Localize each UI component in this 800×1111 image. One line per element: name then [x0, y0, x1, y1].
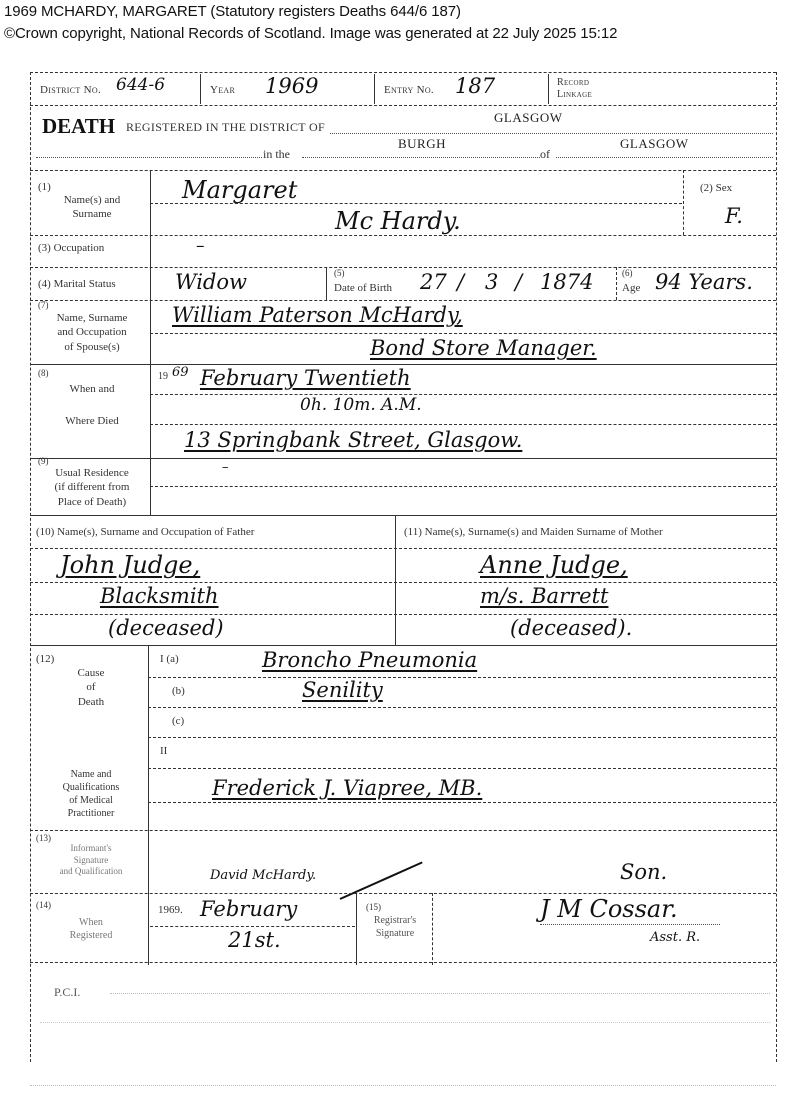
date-separator: / [515, 270, 522, 294]
parents-divider [395, 515, 396, 645]
rule [148, 737, 776, 738]
dob-label: Date of Birth [334, 281, 392, 295]
age-value: 94 Years. [655, 270, 753, 294]
practitioner-label-line-1: Name and [71, 769, 112, 780]
cause-label: Cause of Death [34, 666, 148, 709]
death-year-suffix: 69 [172, 365, 189, 380]
rule [148, 802, 776, 803]
registered-label: When Registered [34, 916, 148, 942]
divider [616, 267, 617, 300]
record-linkage-label: Record Linkage [557, 77, 592, 100]
section-divider [30, 515, 776, 516]
year-label: Year [210, 83, 235, 97]
rule [150, 926, 355, 927]
cause-1a-value: Broncho Pneumonia [262, 648, 477, 672]
row-divider [30, 893, 776, 894]
registrar-label-line-1: Registrar's [374, 915, 416, 926]
registered-day: 21st. [228, 928, 281, 952]
cause-label-line-2: of [86, 681, 95, 693]
year-value: 1969 [265, 74, 318, 98]
record-linkage-line-2: Linkage [557, 89, 592, 100]
informant-label-line-1: Informant's [70, 843, 111, 853]
death-year-prefix: 19 [158, 370, 168, 383]
mother-maiden-value: m/s. Barrett [480, 584, 608, 608]
frame-left [30, 72, 31, 1062]
dotted-rule [36, 157, 262, 158]
rule [30, 582, 776, 583]
sex-value: F. [725, 204, 743, 228]
where-died-label: Where Died [34, 414, 150, 428]
practitioner-label-line-2: Qualifications [63, 782, 120, 793]
age-label: Age [622, 281, 640, 295]
forename-value: Margaret [182, 176, 297, 204]
divider [326, 267, 327, 300]
district-of-value: GLASGOW [494, 110, 563, 126]
entry-value: 187 [455, 74, 495, 98]
of-label: of [540, 147, 550, 163]
occupation-value: – [196, 236, 205, 256]
cause-1c-label: (c) [172, 714, 184, 728]
spouse-label-line-1: Name, Surname [57, 312, 128, 324]
name-label-line-1: Name(s) and [64, 194, 121, 206]
practitioner-label-line-3: of Medical [69, 795, 113, 806]
when-died-label: When and [34, 382, 150, 396]
dob-year: 1874 [540, 270, 593, 294]
marital-status-label: (4) Marital Status [38, 277, 116, 291]
rule [150, 394, 776, 395]
rule [150, 203, 682, 204]
informant-label-line-2: Signature [74, 855, 109, 865]
cause-label-line-3: Death [78, 696, 104, 708]
registered-label: REGISTERED IN THE DISTRICT OF [126, 120, 325, 136]
field-number: (7) [38, 300, 49, 312]
record-linkage-line-1: Record [557, 77, 589, 88]
section-divider [30, 830, 776, 831]
section-divider [30, 645, 776, 646]
registered-label-line-1: When [79, 917, 103, 928]
row-divider [30, 267, 776, 268]
rule [30, 548, 776, 549]
rule [150, 486, 776, 487]
of-value: GLASGOW [620, 136, 689, 152]
marital-status-value: Widow [175, 270, 247, 294]
entry-label: Entry No. [384, 83, 434, 97]
row-divider [30, 458, 776, 459]
cause-2-label: II [160, 744, 167, 758]
rule [150, 424, 776, 425]
registrar-label-line-2: Signature [376, 928, 414, 939]
usual-residence-line-1: Usual Residence [55, 467, 129, 479]
registrar-signature: J M Cossar. [540, 895, 678, 923]
father-status-value: (deceased) [108, 616, 224, 640]
dotted-rule [556, 157, 773, 158]
cause-1b-value: Senility [302, 678, 383, 702]
usual-residence-label: Usual Residence (if different from Place… [34, 466, 150, 509]
frame-top [30, 72, 776, 73]
usual-residence-line-3: Place of Death) [58, 496, 126, 508]
death-date-value: February Twentieth [200, 366, 411, 390]
cause-label-line-1: Cause [78, 667, 105, 679]
divider [683, 170, 684, 235]
pci-annotation: P.C.I. [54, 985, 80, 1001]
field-number: (15) [366, 902, 381, 914]
practitioner-label: Name and Qualifications of Medical Pract… [34, 768, 148, 820]
district-value: 644-6 [116, 75, 165, 95]
registered-month: February [200, 897, 297, 921]
dotted-rule [30, 1085, 776, 1086]
frame-right [776, 72, 777, 1062]
divider [374, 74, 375, 104]
spouse-label-line-3: of Spouse(s) [64, 341, 119, 353]
rule [148, 677, 776, 678]
spouse-name-value: William Paterson McHardy, [172, 303, 463, 327]
spouse-label: Name, Surname and Occupation of Spouse(s… [34, 311, 150, 354]
record-title: 1969 MCHARDY, MARGARET (Statutory regist… [4, 3, 461, 20]
dotted-rule [330, 133, 773, 134]
practitioner-value: Frederick J. Viapree, MB. [212, 776, 482, 800]
spouse-label-line-2: and Occupation [57, 326, 126, 338]
field-number: (12) [36, 652, 54, 666]
informant-label-line-3: and Qualification [60, 866, 123, 876]
father-name-value: John Judge, [60, 551, 200, 579]
father-occupation-value: Blacksmith [100, 584, 219, 608]
name-label: Name(s) and Surname [34, 193, 150, 222]
registered-label-line-2: Registered [70, 930, 113, 941]
usual-residence-value: – [222, 460, 229, 475]
surname-value: Mc Hardy. [335, 207, 461, 235]
death-place-value: 13 Springbank Street, Glasgow. [184, 428, 522, 452]
mother-status-value: (deceased). [510, 616, 632, 640]
father-label: (10) Name(s), Surname and Occupation of … [36, 525, 254, 539]
signature-flourish [340, 861, 423, 899]
mother-name-value: Anne Judge, [480, 551, 628, 579]
rule [30, 614, 776, 615]
dotted-rule [302, 157, 540, 158]
informant-signature: David McHardy. [210, 868, 316, 883]
field-number: (5) [334, 268, 345, 280]
copyright-notice: ©Crown copyright, National Records of Sc… [4, 25, 617, 42]
district-label: District No. [40, 83, 101, 97]
mother-label: (11) Name(s), Surname(s) and Maiden Surn… [404, 525, 663, 539]
practitioner-label-line-4: Practitioner [68, 808, 115, 819]
dotted-rule [40, 1022, 770, 1023]
name-label-line-2: Surname [72, 208, 111, 220]
label-column-divider [150, 170, 151, 515]
informant-qualification: Son. [620, 860, 667, 884]
sex-label: (2) Sex [700, 181, 732, 195]
registrar-qualification: Asst. R. [650, 930, 700, 945]
informant-label: Informant's Signature and Qualification [34, 843, 148, 878]
date-separator: / [457, 270, 464, 294]
row-divider [30, 364, 776, 365]
field-number: (8) [38, 368, 49, 380]
divider [432, 893, 433, 965]
field-number: (14) [36, 900, 51, 912]
registrar-label: Registrar's Signature [358, 914, 432, 940]
registered-year: 1969. [158, 903, 183, 917]
rule [148, 768, 776, 769]
divider [548, 74, 549, 104]
occupation-label: (3) Occupation [38, 241, 104, 255]
divider [200, 74, 201, 104]
row-divider [30, 235, 776, 236]
in-the-label: in the [263, 147, 290, 163]
row-divider [30, 962, 776, 963]
death-time-value: 0h. 10m. A.M. [300, 395, 422, 415]
section-divider [30, 170, 776, 171]
cause-1a-label: I (a) [160, 652, 179, 666]
spouse-occupation-value: Bond Store Manager. [370, 336, 597, 360]
dob-day: 27 [420, 270, 447, 294]
dotted-rule [110, 993, 770, 994]
dob-month: 3 [485, 270, 498, 294]
rule [150, 333, 776, 334]
header-row-divider [30, 105, 776, 106]
cause-1b-label: (b) [172, 684, 185, 698]
divider [356, 893, 357, 965]
row-divider [30, 300, 776, 301]
burgh-value: BURGH [398, 136, 446, 152]
rule [148, 707, 776, 708]
death-heading: DEATH [42, 114, 115, 139]
usual-residence-line-2: (if different from [55, 481, 130, 493]
field-number: (6) [622, 268, 633, 280]
dotted-rule [540, 924, 720, 925]
label-column-divider [148, 645, 149, 965]
